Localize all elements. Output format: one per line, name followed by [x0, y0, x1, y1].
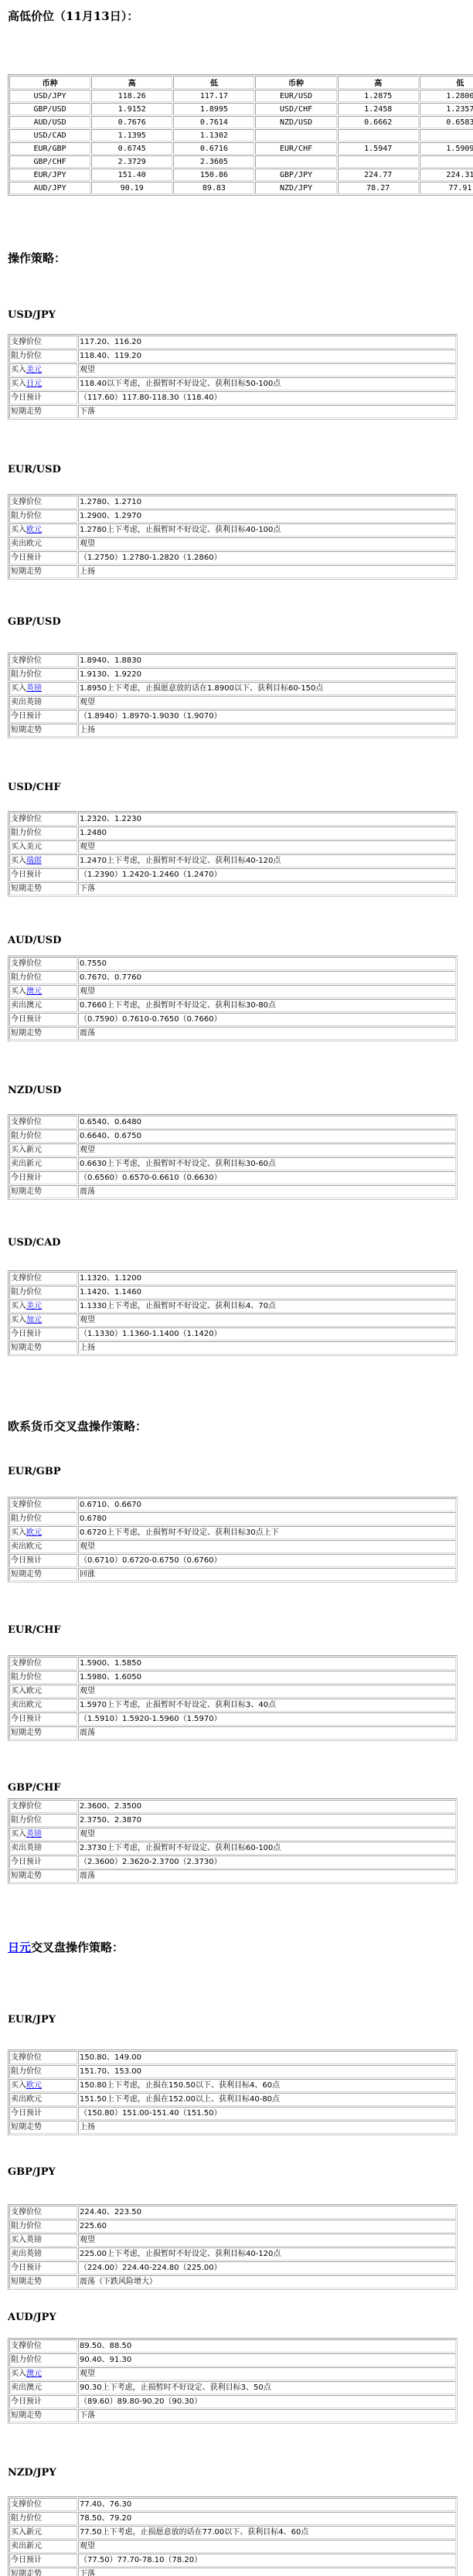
trend-row-value: 上扬	[78, 1341, 456, 1354]
low-cell: 0.6716	[173, 142, 254, 155]
support-row-label: 支撑价位	[9, 1657, 77, 1670]
strategy-table-gbp-chf: 支撑价位2.3600、2.3500阻力价位2.3750、2.3870买入英镑观望…	[8, 1798, 458, 1884]
action-row-label: 卖出澳元	[9, 999, 77, 1012]
high-cell: 224.77	[338, 169, 419, 181]
trend-row-value: 震荡	[78, 1869, 456, 1883]
strategy-table-nzd-jpy: 支撑价位77.40、76.30阻力价位78.50、79.20买入新元77.50上…	[8, 2496, 458, 2576]
action-prefix: 买入	[11, 857, 26, 865]
resistance-row-value: 78.50、79.20	[78, 2512, 456, 2525]
forecast-row-label: 今日预计	[9, 1327, 77, 1341]
trend-row: 短期走势上扬	[9, 2121, 456, 2134]
support-row-label: 支撑价位	[9, 2339, 77, 2353]
action-row-label: 买入欧元	[9, 2079, 77, 2092]
resistance-row: 阻力价位0.6640、0.6750	[9, 1130, 456, 1143]
currency-link[interactable]: 加元	[26, 1316, 42, 1324]
action-row-value: 观望	[78, 363, 456, 377]
support-row-value: 117.20、116.20	[78, 336, 456, 349]
forecast-row: 今日预计（89.60）89.80-90.20（90.30）	[9, 2395, 456, 2408]
resistance-row-value: 0.6640、0.6750	[78, 1130, 456, 1143]
resistance-row-value: 225.60	[78, 2220, 456, 2233]
action-row: 买入英镑1.8950上下考虑，止损愿意放的话在1.8900以下、获利目标60-1…	[9, 682, 456, 695]
forecast-row-value: （0.6710）0.6720-0.6750（0.6760）	[78, 1554, 456, 1567]
currency-link[interactable]: 澳元	[26, 987, 42, 996]
action-row: 买入欧元0.6720上下考虑，止损暂时不好设定、获利目标30点上下	[9, 1526, 456, 1539]
price-table-header-row: 币种 高 低 币种 高 低	[9, 76, 473, 89]
action-row-value: 观望	[78, 1685, 456, 1698]
currency-cell: USD/CHF	[255, 103, 336, 115]
price-table-row: EUR/GBP0.67450.6716EUR/CHF1.59471.5909	[9, 142, 473, 155]
forecast-row-label: 今日预计	[9, 1013, 77, 1026]
action-row-label: 买入欧元	[9, 523, 77, 537]
resistance-row-label: 阻力价位	[9, 1286, 77, 1299]
trend-row-label: 短期走势	[9, 1869, 77, 1883]
action-row: 卖出澳元0.7660上下考虑，止损暂时不好设定、获利目标30-80点	[9, 999, 456, 1012]
action-row-label: 买入美元	[9, 1300, 77, 1313]
forecast-row-value: （1.2750）1.2780-1.2820（1.2860）	[78, 551, 456, 564]
action-row-value: 观望	[78, 840, 456, 854]
action-row-label: 卖出新元	[9, 2540, 77, 2553]
forecast-row-value: （150.80）151.00-151.40（151.50）	[78, 2107, 456, 2120]
pair-heading-aud-usd: AUD/USD	[8, 935, 61, 946]
low-cell: 2.3605	[173, 155, 254, 168]
trend-row: 短期走势震荡	[9, 1185, 456, 1198]
action-prefix: 买入	[11, 1528, 26, 1537]
resistance-row: 阻力价位1.1420、1.1460	[9, 1286, 456, 1299]
action-prefix: 买入	[11, 380, 26, 388]
support-row-value: 0.7550	[78, 957, 456, 970]
currency-link[interactable]: 澳元	[26, 2370, 42, 2378]
price-table-wrapper: 币种 高 低 币种 高 低 USD/JPY118.26117.17EUR/USD…	[8, 74, 473, 196]
action-row-label: 卖出英镑	[9, 696, 77, 709]
action-prefix: 买入	[11, 1302, 26, 1310]
action-row-value: 150.80上下考虑，止损在150.50以下、获利目标4、60点	[78, 2079, 456, 2092]
action-row: 买入加元观望	[9, 1314, 456, 1327]
action-row-value: 0.6720上下考虑，止损暂时不好设定、获利目标30点上下	[78, 1526, 456, 1539]
action-row: 卖出英镑2.3730上下考虑，止损暂时不好设定、获利目标60-100点	[9, 1842, 456, 1855]
action-row-value: 1.5970上下考虑，止损暂时不好设定、获利目标3、40点	[78, 1699, 456, 1712]
trend-row-label: 短期走势	[9, 1341, 77, 1354]
resistance-row-label: 阻力价位	[9, 2353, 77, 2366]
support-row-label: 支撑价位	[9, 1498, 77, 1511]
currency-cell: AUD/USD	[9, 116, 90, 128]
action-row-value: 0.7660上下考虑，止损暂时不好设定、获利目标30-80点	[78, 999, 456, 1012]
trend-row: 短期走势震荡	[9, 1027, 456, 1040]
forecast-row-label: 今日预计	[9, 551, 77, 564]
forecast-row-value: （1.5910）1.5920-1.5960（1.5970）	[78, 1712, 456, 1726]
forecast-row-value: （117.60）117.80-118.30（118.40）	[78, 391, 456, 404]
currency-link[interactable]: 瑞郎	[26, 857, 42, 865]
forecast-row-label: 今日预计	[9, 2261, 77, 2274]
resistance-row: 阻力价位118.40、119.20	[9, 349, 456, 363]
low-cell: 0.7614	[173, 116, 254, 128]
low-cell	[420, 155, 473, 168]
trend-row: 短期走势上扬	[9, 565, 456, 578]
action-row-value: 观望	[78, 2367, 456, 2380]
resistance-row-label: 阻力价位	[9, 509, 77, 523]
header-currency: 币种	[9, 76, 90, 89]
high-cell: 78.27	[338, 182, 419, 194]
action-row: 卖出澳元90.30上下考虑，止损暂时不好设定、获利目标3、50点	[9, 2381, 456, 2394]
currency-cell	[255, 129, 336, 141]
action-prefix: 卖出英镑	[11, 1844, 42, 1852]
action-row: 买入新元77.50上下考虑，止损愿意放的话在77.00以下、获利目标4、60点	[9, 2526, 456, 2539]
high-cell	[338, 155, 419, 168]
resistance-row: 阻力价位0.6780	[9, 1512, 456, 1525]
action-prefix: 卖出英镑	[11, 2250, 42, 2258]
action-prefix: 买入	[11, 2370, 26, 2378]
action-row-label: 买入英镑	[9, 2234, 77, 2247]
action-row: 卖出新元0.6630上下考虑，止损暂时不好设定、获利目标30-60点	[9, 1157, 456, 1170]
action-row: 卖出新元观望	[9, 2540, 456, 2553]
trend-row: 短期走势震荡	[9, 1726, 456, 1739]
header-currency: 币种	[255, 76, 336, 89]
resistance-row-label: 阻力价位	[9, 1814, 77, 1827]
action-row: 卖出欧元观望	[9, 537, 456, 550]
resistance-row-value: 0.6780	[78, 1512, 456, 1525]
trend-row-label: 短期走势	[9, 1185, 77, 1198]
action-row: 卖出欧元151.50上下考虑，止损在152.00以上、获利目标40-80点	[9, 2093, 456, 2106]
resistance-row-value: 1.9130、1.9220	[78, 668, 456, 681]
support-row-label: 支撑价位	[9, 2498, 77, 2511]
high-cell: 1.2458	[338, 103, 419, 115]
currency-link[interactable]: 欧元	[26, 1528, 42, 1537]
resistance-row-value: 0.7670、0.7760	[78, 971, 456, 984]
action-row-label: 卖出欧元	[9, 2093, 77, 2106]
high-cell	[338, 129, 419, 141]
forecast-row: 今日预计（117.60）117.80-118.30（118.40）	[9, 391, 456, 404]
forecast-row-label: 今日预计	[9, 1554, 77, 1567]
forecast-row: 今日预计（1.8940）1.8970-1.9030（1.9070）	[9, 710, 456, 723]
trend-row-label: 短期走势	[9, 2409, 77, 2422]
trend-row-label: 短期走势	[9, 1726, 77, 1739]
action-prefix: 卖出欧元	[11, 2095, 42, 2104]
action-row-label: 买入加元	[9, 1314, 77, 1327]
forecast-row: 今日预计（2.3600）2.3620-2.3700（2.3730）	[9, 1855, 456, 1869]
trend-row-label: 短期走势	[9, 565, 77, 578]
action-row: 买入新元观望	[9, 1143, 456, 1157]
resistance-row-value: 1.2900、1.2970	[78, 509, 456, 523]
forecast-row-value: （0.7590）0.7610-0.7650（0.7660）	[78, 1013, 456, 1026]
header-high: 高	[91, 76, 172, 89]
forecast-row: 今日预计（1.2750）1.2780-1.2820（1.2860）	[9, 551, 456, 564]
resistance-row-label: 阻力价位	[9, 2512, 77, 2525]
action-row-label: 买入新元	[9, 2526, 77, 2539]
low-cell: 1.8995	[173, 103, 254, 115]
currency-link[interactable]: 英镑	[26, 684, 42, 693]
high-cell: 2.3729	[91, 155, 172, 168]
support-row: 支撑价位0.7550	[9, 957, 456, 970]
action-prefix: 买入	[11, 1830, 26, 1838]
pair-heading-eur-chf: EUR/CHF	[8, 1624, 61, 1636]
trend-row: 短期走势上扬	[9, 1341, 456, 1354]
resistance-row: 阻力价位1.9130、1.9220	[9, 668, 456, 681]
currency-cell: USD/JPY	[9, 90, 90, 102]
action-row-label: 买入英镑	[9, 682, 77, 695]
action-row-value: 118.40以下考虑，止损暂时不好设定、获利目标50-100点	[78, 377, 456, 390]
currency-link[interactable]: 欧元	[26, 2081, 42, 2090]
resistance-row: 阻力价位1.5980、1.6050	[9, 1671, 456, 1684]
trend-row: 短期走势下落	[9, 2567, 456, 2576]
trend-row-value: 震荡	[78, 1185, 456, 1198]
currency-cell: USD/CAD	[9, 129, 90, 141]
action-row-label: 卖出欧元	[9, 1540, 77, 1553]
forecast-row: 今日预计（0.6560）0.6570-0.6610（0.6630）	[9, 1171, 456, 1184]
pair-heading-nzd-jpy: NZD/JPY	[8, 2467, 56, 2479]
action-row-label: 买入瑞郎	[9, 854, 77, 867]
pair-heading-aud-jpy: AUD/JPY	[8, 2312, 56, 2323]
action-row: 买入美元观望	[9, 840, 456, 854]
action-row-label: 卖出欧元	[9, 537, 77, 550]
price-table-row: GBP/USD1.91521.8995USD/CHF1.24581.2357	[9, 103, 473, 115]
trend-row-value: 上扬	[78, 724, 456, 737]
support-row-value: 77.40、76.30	[78, 2498, 456, 2511]
trend-row: 短期走势震荡	[9, 1869, 456, 1883]
currency-link[interactable]: 美元	[26, 366, 42, 374]
resistance-row: 阻力价位2.3750、2.3870	[9, 1814, 456, 1827]
action-row-label: 买入新元	[9, 1143, 77, 1157]
resistance-row: 阻力价位225.60	[9, 2220, 456, 2233]
support-row: 支撑价位224.40、223.50	[9, 2206, 456, 2219]
action-row: 买入美元1.1330上下考虑，止损暂时不好设定、获利目标4、70点	[9, 1300, 456, 1313]
action-prefix: 卖出新元	[11, 1160, 42, 1168]
strategy-table-nzd-usd: 支撑价位0.6540、0.6480阻力价位0.6640、0.6750买入新元观望…	[8, 1114, 458, 1200]
action-row: 买入欧元观望	[9, 1685, 456, 1698]
trend-row-value: 下落	[78, 882, 456, 895]
trend-row: 短期走势上扬	[9, 724, 456, 737]
resistance-row-label: 阻力价位	[9, 349, 77, 363]
pair-heading-gbp-jpy: GBP/JPY	[8, 2166, 56, 2178]
currency-cell: GBP/USD	[9, 103, 90, 115]
action-row: 买入澳元观望	[9, 985, 456, 998]
support-row-label: 支撑价位	[9, 336, 77, 349]
action-row: 买入英镑观望	[9, 1828, 456, 1841]
forecast-row-value: （89.60）89.80-90.20（90.30）	[78, 2395, 456, 2408]
trend-row-value: 震荡	[78, 1027, 456, 1040]
currency-cell: EUR/USD	[255, 90, 336, 102]
resistance-row-label: 阻力价位	[9, 2220, 77, 2233]
low-cell: 117.17	[173, 90, 254, 102]
action-row-label: 买入澳元	[9, 2367, 77, 2380]
strategy-table-gbp-usd: 支撑价位1.8940、1.8830阻力价位1.9130、1.9220买入英镑1.…	[8, 653, 458, 738]
action-row-label: 卖出新元	[9, 1157, 77, 1170]
support-row: 支撑价位1.1320、1.1200	[9, 1272, 456, 1285]
trend-row-label: 短期走势	[9, 882, 77, 895]
high-cell: 0.6662	[338, 116, 419, 128]
currency-cell	[255, 155, 336, 168]
action-row-value: 77.50上下考虑，止损愿意放的话在77.00以下、获利目标4、60点	[78, 2526, 456, 2539]
action-row-label: 买入欧元	[9, 1526, 77, 1539]
low-cell: 1.5909	[420, 142, 473, 155]
strategy-table-gbp-jpy: 支撑价位224.40、223.50阻力价位225.60买入英镑观望卖出英镑225…	[8, 2204, 458, 2290]
forecast-row-label: 今日预计	[9, 710, 77, 723]
pair-heading-usd-cad: USD/CAD	[8, 1237, 60, 1249]
section-heading-euro-cross: 欧系货币交叉盘操作策略：	[8, 1418, 147, 1434]
forecast-row-value: （224.00）224.40-224.80（225.00）	[78, 2261, 456, 2274]
action-prefix: 买入	[11, 2081, 26, 2090]
forecast-row: 今日预计（1.2390）1.2420-1.2460（1.2470）	[9, 868, 456, 881]
forecast-row: 今日预计（1.5910）1.5920-1.5960（1.5970）	[9, 1712, 456, 1726]
trend-row-label: 短期走势	[9, 405, 77, 418]
high-cell: 151.40	[91, 169, 172, 181]
support-row-label: 支撑价位	[9, 1272, 77, 1285]
action-prefix: 卖出新元	[11, 2542, 42, 2550]
forecast-row: 今日预计（0.6710）0.6720-0.6750（0.6760）	[9, 1554, 456, 1567]
forecast-row: 今日预计（0.7590）0.7610-0.7650（0.7660）	[9, 1013, 456, 1026]
support-row: 支撑价位1.5900、1.5850	[9, 1657, 456, 1670]
action-prefix: 买入新元	[11, 1146, 42, 1154]
low-cell: 1.2357	[420, 103, 473, 115]
trend-row-value: 震荡（下跌风险增大）	[78, 2275, 456, 2288]
support-row-value: 1.1320、1.1200	[78, 1272, 456, 1285]
low-cell: 1.2800	[420, 90, 473, 102]
support-row-label: 支撑价位	[9, 813, 77, 826]
strategy-table-eur-usd: 支撑价位1.2780、1.2710阻力价位1.2900、1.2970买入欧元1.…	[8, 494, 458, 580]
resistance-row-value: 1.1420、1.1460	[78, 1286, 456, 1299]
resistance-row-value: 118.40、119.20	[78, 349, 456, 363]
action-row-label: 买入美元	[9, 363, 77, 377]
price-table-row: EUR/JPY151.40150.86GBP/JPY224.77224.31	[9, 169, 473, 181]
currency-cell: NZD/JPY	[255, 182, 336, 194]
support-row-value: 1.2780、1.2710	[78, 496, 456, 509]
action-prefix: 买入英镑	[11, 2236, 42, 2244]
action-prefix: 买入	[11, 987, 26, 996]
low-cell: 0.6583	[420, 116, 473, 128]
yen-link[interactable]: 日元	[8, 1941, 31, 1954]
resistance-row-label: 阻力价位	[9, 668, 77, 681]
trend-row-value: 上扬	[78, 2121, 456, 2134]
action-row-value: 151.50上下考虑，止损在152.00以上、获利目标40-80点	[78, 2093, 456, 2106]
action-prefix: 卖出澳元	[11, 2383, 42, 2392]
high-cell: 90.19	[91, 182, 172, 194]
trend-row-label: 短期走势	[9, 1568, 77, 1581]
trend-row-label: 短期走势	[9, 2567, 77, 2576]
resistance-row-label: 阻力价位	[9, 1671, 77, 1684]
support-row-value: 0.6540、0.6480	[78, 1116, 456, 1129]
action-prefix: 卖出欧元	[11, 540, 42, 548]
pair-heading-nzd-usd: NZD/USD	[8, 1085, 61, 1096]
resistance-row-value: 2.3750、2.3870	[78, 1814, 456, 1827]
support-row: 支撑价位89.50、88.50	[9, 2339, 456, 2353]
support-row: 支撑价位1.2320、1.2230	[9, 813, 456, 826]
action-row: 买入瑞郎1.2470上下考虑，止损暂时不好设定、获利目标40-120点	[9, 854, 456, 867]
resistance-row-label: 阻力价位	[9, 971, 77, 984]
action-row-value: 1.1330上下考虑，止损暂时不好设定、获利目标4、70点	[78, 1300, 456, 1313]
action-row-value: 观望	[78, 696, 456, 709]
action-row: 买入美元观望	[9, 363, 456, 377]
pair-heading-gbp-chf: GBP/CHF	[8, 1782, 60, 1794]
forecast-row-label: 今日预计	[9, 2107, 77, 2120]
action-row-value: 1.2780上下考虑，止损暂时不好设定、获利目标40-100点	[78, 523, 456, 537]
action-row-value: 1.2470上下考虑，止损暂时不好设定、获利目标40-120点	[78, 854, 456, 867]
resistance-row: 阻力价位1.2480	[9, 826, 456, 840]
pair-heading-usd-chf: USD/CHF	[8, 782, 61, 793]
section-heading-major: 操作策略：	[8, 250, 66, 266]
support-row-label: 支撑价位	[9, 957, 77, 970]
low-cell: 150.86	[173, 169, 254, 181]
resistance-row-value: 1.5980、1.6050	[78, 1671, 456, 1684]
currency-link[interactable]: 日元	[26, 380, 42, 388]
forecast-row-value: （1.1330）1.1360-1.1400（1.1420）	[78, 1327, 456, 1341]
header-high: 高	[338, 76, 419, 89]
support-row: 支撑价位0.6540、0.6480	[9, 1116, 456, 1129]
strategy-table-usd-cad: 支撑价位1.1320、1.1200阻力价位1.1420、1.1460买入美元1.…	[8, 1270, 458, 1356]
trend-row-value: 下落	[78, 2409, 456, 2422]
currency-link[interactable]: 欧元	[26, 526, 42, 534]
support-row-label: 支撑价位	[9, 496, 77, 509]
support-row-value: 1.8940、1.8830	[78, 654, 456, 667]
action-prefix: 卖出英镑	[11, 698, 42, 707]
resistance-row: 阻力价位90.40、91.30	[9, 2353, 456, 2366]
strategy-table-usd-chf: 支撑价位1.2320、1.2230阻力价位1.2480买入美元观望买入瑞郎1.2…	[8, 811, 458, 897]
strategy-table-eur-gbp: 支撑价位0.6710、0.6670阻力价位0.6780买入欧元0.6720上下考…	[8, 1497, 458, 1583]
support-row: 支撑价位117.20、116.20	[9, 336, 456, 349]
currency-link[interactable]: 美元	[26, 1302, 42, 1310]
forecast-row: 今日预计（1.1330）1.1360-1.1400（1.1420）	[9, 1327, 456, 1341]
action-row-label: 买入美元	[9, 840, 77, 854]
support-row-label: 支撑价位	[9, 654, 77, 667]
price-table-row: USD/CAD1.13951.1302	[9, 129, 473, 141]
support-row: 支撑价位1.2780、1.2710	[9, 496, 456, 509]
resistance-row-label: 阻力价位	[9, 2065, 77, 2078]
price-table-row: AUD/JPY90.1989.83NZD/JPY78.2777.91	[9, 182, 473, 194]
action-row: 买入日元118.40以下考虑，止损暂时不好设定、获利目标50-100点	[9, 377, 456, 390]
resistance-row-value: 151.70、153.00	[78, 2065, 456, 2078]
currency-cell: EUR/GBP	[9, 142, 90, 155]
support-row-value: 1.5900、1.5850	[78, 1657, 456, 1670]
trend-row-label: 短期走势	[9, 2275, 77, 2288]
resistance-row-label: 阻力价位	[9, 826, 77, 840]
action-prefix: 卖出澳元	[11, 1001, 42, 1010]
high-cell: 1.9152	[91, 103, 172, 115]
high-cell: 1.2875	[338, 90, 419, 102]
resistance-row-value: 1.2480	[78, 826, 456, 840]
forecast-row: 今日预计（150.80）151.00-151.40（151.50）	[9, 2107, 456, 2120]
trend-row: 短期走势回涨	[9, 1568, 456, 1581]
currency-link[interactable]: 英镑	[26, 1830, 42, 1838]
section-heading-yen-cross: 日元交叉盘操作策略：	[8, 1939, 124, 1955]
action-row-value: 90.30上下考虑，止损暂时不好设定、获利目标3、50点	[78, 2381, 456, 2394]
action-row-label: 卖出英镑	[9, 1842, 77, 1855]
action-prefix: 买入	[11, 526, 26, 534]
action-row-label: 买入欧元	[9, 1685, 77, 1698]
strategy-table-aud-jpy: 支撑价位89.50、88.50阻力价位90.40、91.30买入澳元观望卖出澳元…	[8, 2338, 458, 2424]
pair-heading-usd-jpy: USD/JPY	[8, 309, 56, 321]
action-row: 买入欧元150.80上下考虑，止损在150.50以下、获利目标4、60点	[9, 2079, 456, 2092]
support-row-label: 支撑价位	[9, 1116, 77, 1129]
action-row: 卖出英镑观望	[9, 696, 456, 709]
high-cell: 1.1395	[91, 129, 172, 141]
action-row: 买入澳元观望	[9, 2367, 456, 2380]
high-cell: 1.5947	[338, 142, 419, 155]
trend-row-value: 下落	[78, 2567, 456, 2576]
action-row: 买入欧元1.2780上下考虑，止损暂时不好设定、获利目标40-100点	[9, 523, 456, 537]
high-cell: 0.6745	[91, 142, 172, 155]
support-row-value: 150.80、149.00	[78, 2051, 456, 2064]
currency-cell: GBP/CHF	[9, 155, 90, 168]
high-low-price-table: 币种 高 低 币种 高 低 USD/JPY118.26117.17EUR/USD…	[8, 74, 473, 196]
action-row-label: 卖出澳元	[9, 2381, 77, 2394]
strategy-table-eur-jpy: 支撑价位150.80、149.00阻力价位151.70、153.00买入欧元15…	[8, 2050, 458, 2135]
action-prefix: 买入	[11, 366, 26, 374]
trend-row-value: 震荡	[78, 1726, 456, 1739]
header-low: 低	[420, 76, 473, 89]
trend-row-label: 短期走势	[9, 2121, 77, 2134]
action-row: 卖出欧元1.5970上下考虑，止损暂时不好设定、获利目标3、40点	[9, 1699, 456, 1712]
forecast-row-label: 今日预计	[9, 391, 77, 404]
trend-row: 短期走势下落	[9, 882, 456, 895]
action-prefix: 买入美元	[11, 843, 42, 851]
forecast-row-label: 今日预计	[9, 868, 77, 881]
